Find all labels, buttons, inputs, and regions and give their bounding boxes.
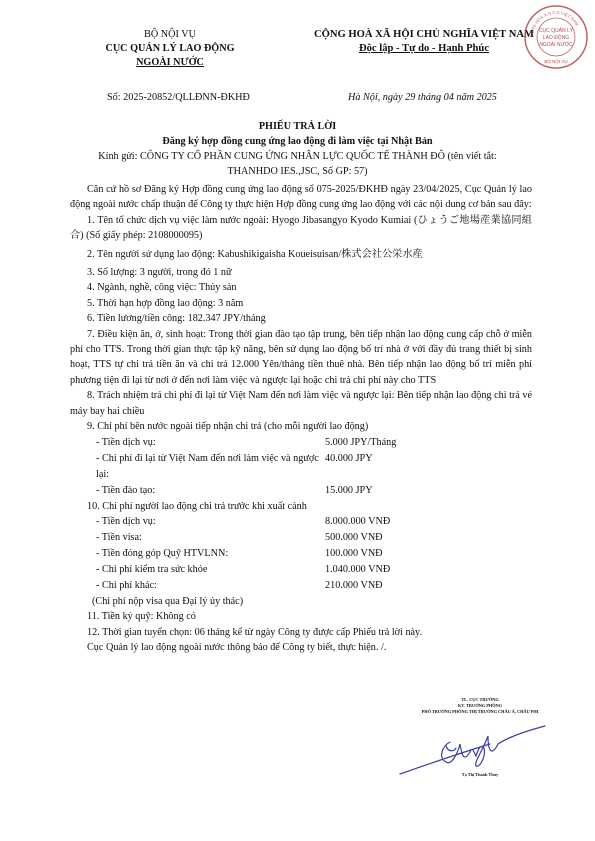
cost-label: - Chi phí khác: <box>70 578 325 594</box>
seal-line-2: LAO ĐỘNG <box>543 34 570 41</box>
document-number: Số: 2025-20852/QLLĐNN-ĐKHĐ <box>107 92 250 103</box>
item-2-employer: 2. Tên người sử dụng lao động: Kabushiki… <box>70 247 532 262</box>
item-10-heading: 10. Chi phí người lao động chi trả trước… <box>70 499 532 514</box>
national-motto: Độc lập - Tự do - Hạnh Phúc <box>288 42 560 56</box>
national-header: CỘNG HOÀ XÃ HỘI CHỦ NGHĨA VIỆT NAM Độc l… <box>288 28 560 56</box>
recipient-line-2: THANHDO IES.,JSC, Số GP: 57) <box>0 164 595 179</box>
cost-row: - Tiền dịch vụ:5.000 JPY/Tháng <box>70 435 532 451</box>
cost-row: - Tiền đào tạo:15.000 JPY <box>70 483 532 499</box>
cost-label: - Chi phí kiểm tra sức khỏe <box>70 562 325 578</box>
department-name-line2: NGOÀI NƯỚC <box>70 56 270 70</box>
cost-label: - Tiền đóng góp Quỹ HTVLNN: <box>70 546 325 562</box>
item-11-deposit: 11. Tiền ký quỹ: Không có <box>70 609 532 624</box>
item-9-cost-table: - Tiền dịch vụ:5.000 JPY/Tháng - Chi phí… <box>70 435 532 499</box>
item-5-contract-term: 5. Thời hạn hợp đồng lao động: 3 năm <box>70 296 532 311</box>
cost-value: 210.000 VNĐ <box>325 578 532 594</box>
cost-label: - Chi phí đi lại từ Việt Nam đến nơi làm… <box>70 451 325 483</box>
seal-bottom-text: BỘ NỘI VỤ <box>544 58 567 64</box>
cost-label: - Tiền dịch vụ: <box>70 514 325 530</box>
cost-value: 1.040.000 VNĐ <box>325 562 532 578</box>
seal-line-1: CỤC QUẢN LÝ <box>539 27 574 34</box>
country-name: CỘNG HOÀ XÃ HỘI CHỦ NGHĨA VIỆT NAM <box>288 28 560 42</box>
cost-value: 100.000 VNĐ <box>325 546 532 562</box>
cost-label: - Tiền visa: <box>70 530 325 546</box>
official-seal-icon: CỘNG HOÀ X.H.C.N VIỆT NAM CỤC QUẢN LÝ LA… <box>523 4 589 70</box>
document-title: PHIẾU TRẢ LỜI <box>0 119 595 134</box>
cost-value: 15.000 JPY <box>325 483 532 499</box>
item-10-cost-table: - Tiền dịch vụ:8.000.000 VNĐ - Tiền visa… <box>70 514 532 594</box>
signer-name: Tạ Thị Thanh Thủy <box>400 772 560 777</box>
cost-value: 500.000 VNĐ <box>325 530 532 546</box>
signature-title-3: PHÓ TRƯỞNG PHÒNG THỊ TRƯỜNG CHÂU Á, CHÂU… <box>400 709 560 715</box>
item-4-industry: 4. Ngành, nghề, công việc: Thủy sản <box>70 280 532 295</box>
item-10-note: (Chi phí nộp visa qua Đại lý ủy thác) <box>70 594 532 609</box>
cost-row: - Tiền visa:500.000 VNĐ <box>70 530 532 546</box>
cost-value: 40.000 JPY <box>325 451 532 483</box>
seal-line-3: NGOÀI NƯỚC <box>539 41 573 48</box>
cost-value: 5.000 JPY/Tháng <box>325 435 532 451</box>
item-3-quantity: 3. Số lượng: 3 người, trong đó 1 nữ <box>70 265 532 280</box>
cost-label: - Tiền đào tạo: <box>70 483 325 499</box>
department-name-line1: CỤC QUẢN LÝ LAO ĐỘNG <box>70 42 270 56</box>
item-9-heading: 9. Chi phí bên nước ngoài tiếp nhận chi … <box>70 419 532 434</box>
recipient-line-1: Kính gửi: CÔNG TY CỔ PHẦN CUNG ỨNG NHÂN … <box>0 149 595 164</box>
item-1-service-org: 1. Tên tổ chức dịch vụ việc làm nước ngo… <box>70 213 532 244</box>
signature-titles: TL. CỤC TRƯỞNG KT. TRƯỞNG PHÒNG PHÓ TRƯỞ… <box>400 697 560 715</box>
intro-paragraph: Căn cứ hồ sơ Đăng ký Hợp đồng cung ứng l… <box>70 182 532 213</box>
issuing-authority: BỘ NỘI VỤ CỤC QUẢN LÝ LAO ĐỘNG NGOÀI NƯỚ… <box>70 28 270 70</box>
document-date: Hà Nội, ngày 29 tháng 04 năm 2025 <box>348 92 497 103</box>
cost-label: - Tiền dịch vụ: <box>70 435 325 451</box>
cost-row: - Chi phí khác:210.000 VNĐ <box>70 578 532 594</box>
cost-row: - Chi phí đi lại từ Việt Nam đến nơi làm… <box>70 451 532 483</box>
cost-row: - Chi phí kiểm tra sức khỏe1.040.000 VNĐ <box>70 562 532 578</box>
cost-value: 8.000.000 VNĐ <box>325 514 532 530</box>
document-title-block: PHIẾU TRẢ LỜI Đăng ký hợp đồng cung ứng … <box>0 119 595 179</box>
closing-statement: Cục Quản lý lao động ngoài nước thông bá… <box>70 640 532 655</box>
cost-row: - Tiền đóng góp Quỹ HTVLNN:100.000 VNĐ <box>70 546 532 562</box>
item-7-living-conditions: 7. Điều kiện ăn, ở, sinh hoạt: Trong thờ… <box>70 327 532 389</box>
document-body: Căn cứ hồ sơ Đăng ký Hợp đồng cung ứng l… <box>70 182 532 656</box>
cost-row: - Tiền dịch vụ:8.000.000 VNĐ <box>70 514 532 530</box>
document-subtitle: Đăng ký hợp đồng cung ứng lao động đi là… <box>0 134 595 149</box>
ministry-name: BỘ NỘI VỤ <box>70 28 270 42</box>
item-6-salary: 6. Tiền lương/tiền công: 182.347 JPY/thá… <box>70 311 532 326</box>
item-8-travel-responsibility: 8. Trách nhiệm trả chi phí đi lại từ Việ… <box>70 388 532 419</box>
item-12-selection-period: 12. Thời gian tuyển chọn: 06 tháng kể từ… <box>70 625 532 640</box>
